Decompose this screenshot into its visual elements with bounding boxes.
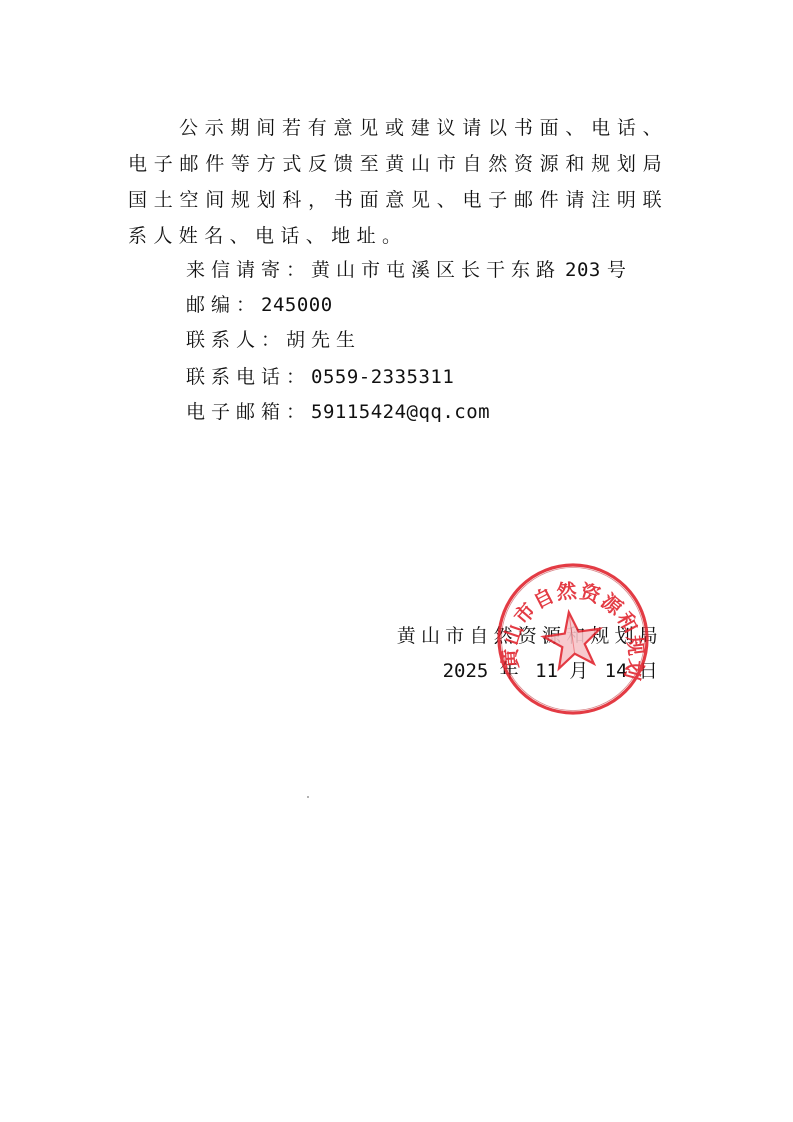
document-page: 公示期间若有意见或建议请以书面、电话、电子邮件等方式反馈至黄山市自然资源和规划局… (0, 0, 793, 1122)
contact-email: 电子邮箱：59115424@qq.com (186, 394, 490, 430)
contact-address-number: 203 (565, 259, 601, 281)
contact-email-value: 59115424@qq.com (311, 401, 490, 423)
scan-speck (307, 796, 309, 798)
contact-person-value: 胡先生 (286, 329, 361, 351)
contact-address: 来信请寄：黄山市屯溪区长干东路203号 (186, 252, 632, 288)
contact-phone-label: 联系电话： (186, 366, 311, 388)
notice-paragraph: 公示期间若有意见或建议请以书面、电话、电子邮件等方式反馈至黄山市自然资源和规划局… (128, 110, 668, 254)
contact-email-label: 电子邮箱： (186, 401, 311, 423)
contact-address-value: 黄山市屯溪区长干东路 (311, 259, 561, 281)
contact-person: 联系人：胡先生 (186, 322, 361, 358)
official-seal: 黄山市自然资源和规划局 (494, 560, 652, 718)
contact-phone-value: 0559-2335311 (311, 366, 454, 388)
contact-phone: 联系电话：0559-2335311 (186, 359, 454, 395)
contact-person-label: 联系人： (186, 329, 286, 351)
date-year: 2025 (443, 660, 489, 682)
contact-postcode: 邮编：245000 (186, 287, 333, 323)
contact-postcode-value: 245000 (261, 294, 333, 316)
star-icon (541, 608, 605, 670)
contact-address-label: 来信请寄： (186, 259, 311, 281)
contact-address-suffix: 号 (607, 259, 632, 281)
contact-postcode-label: 邮编： (186, 294, 261, 316)
